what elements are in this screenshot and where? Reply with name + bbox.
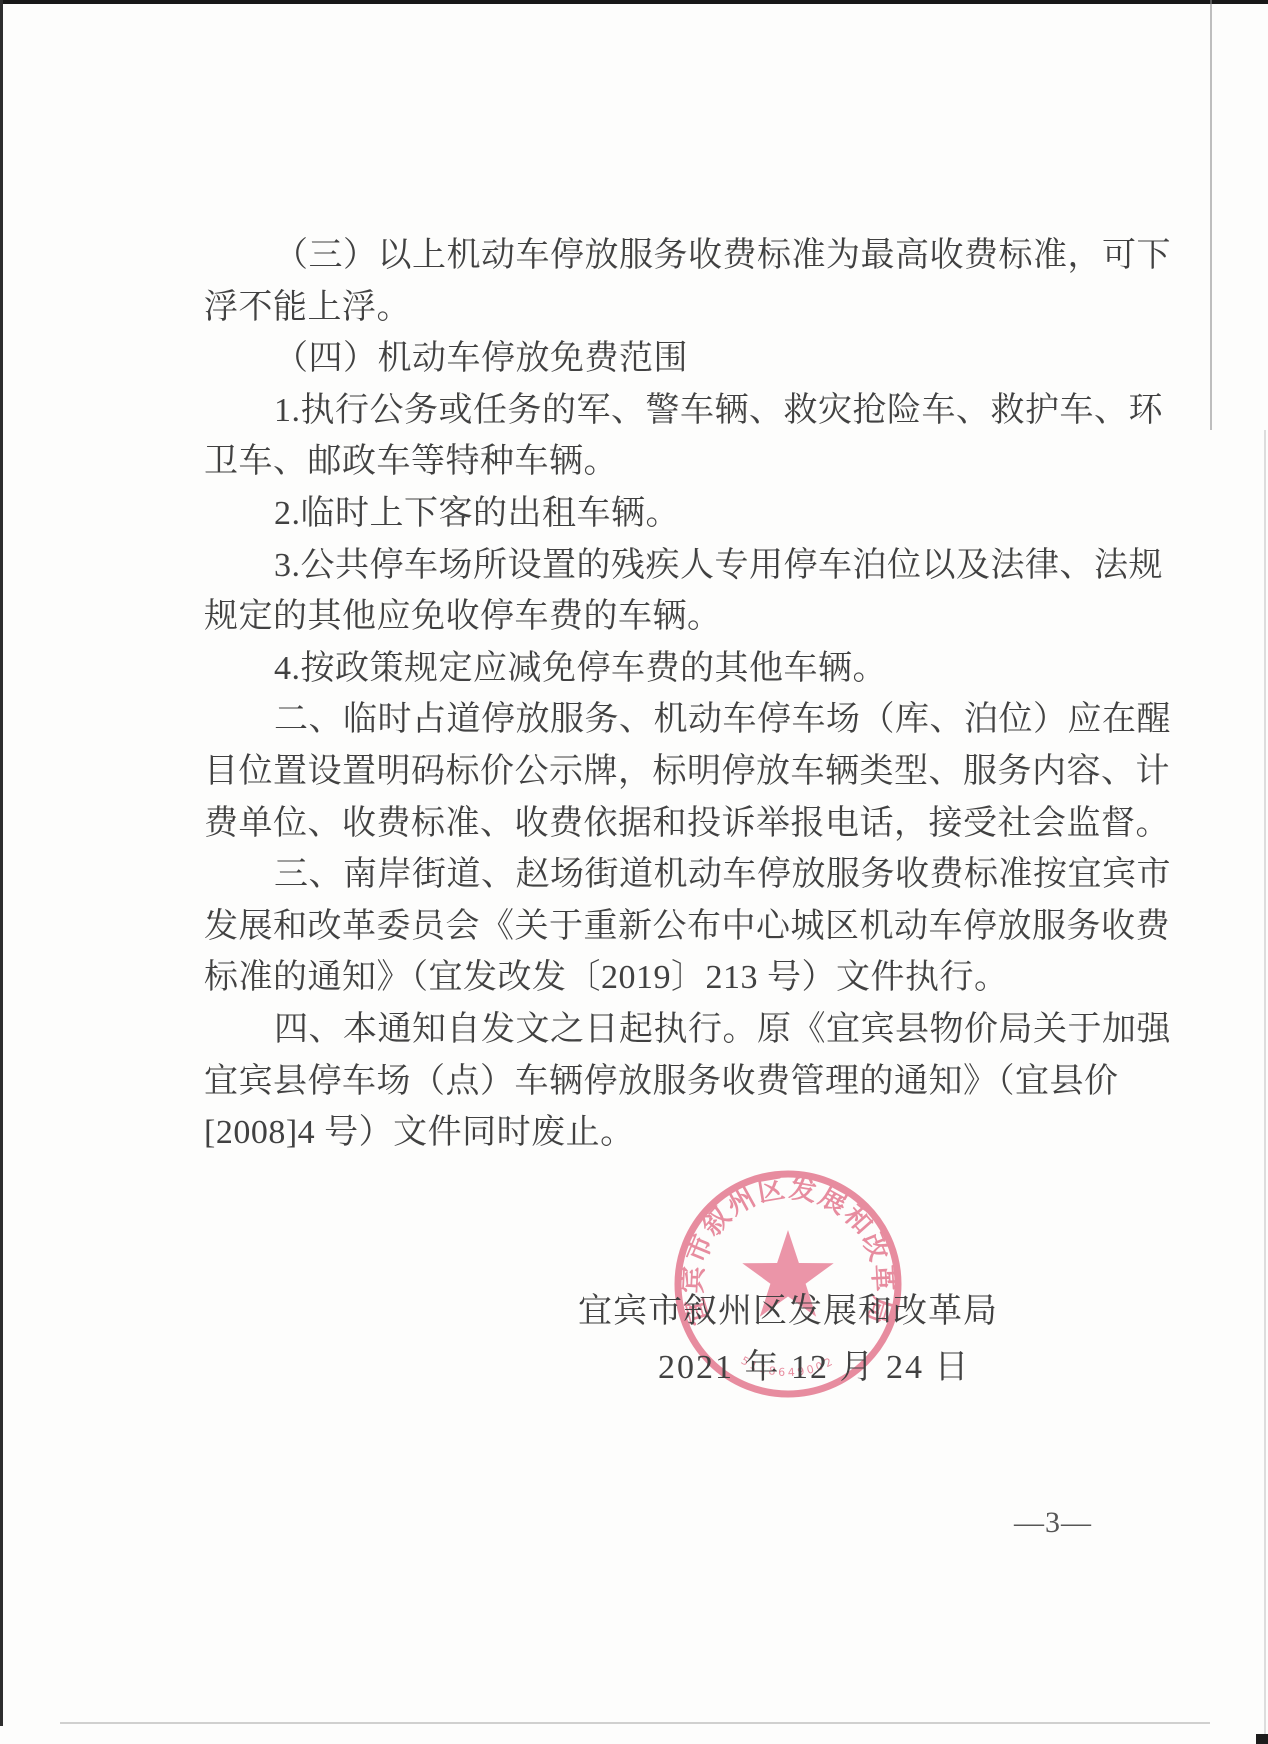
document-page: （三）以上机动车停放服务收费标准为最高收费标准，可下 浮不能上浮。 （四）机动车… — [0, 0, 1268, 1744]
body-line: 发展和改革委员会《关于重新公布中心城区机动车停放服务收费 — [204, 901, 1129, 953]
scan-edge-right-faint — [1264, 430, 1266, 1744]
body-line: 标准的通知》（宜发改发〔2019〕213 号）文件执行。 — [204, 952, 1129, 1004]
scan-edge-bottom — [60, 1722, 1210, 1724]
body-line: 二、临时占道停放服务、机动车停车场（库、泊位）应在醒 — [204, 694, 1129, 746]
body-line: 3.公共停车场所设置的残疾人专用停车泊位以及法律、法规 — [204, 540, 1129, 592]
body-line: 目位置设置明码标价公示牌，标明停放车辆类型、服务内容、计 — [204, 746, 1129, 798]
body-line: 宜宾县停车场（点）车辆停放服务收费管理的通知》（宜县价 — [204, 1056, 1129, 1108]
document-body: （三）以上机动车停放服务收费标准为最高收费标准，可下 浮不能上浮。 （四）机动车… — [204, 230, 1129, 1159]
scan-corner-mark — [1256, 1734, 1268, 1744]
body-line: 卫车、邮政车等特种车辆。 — [204, 436, 1129, 488]
scan-edge-top — [0, 0, 1268, 4]
body-line: [2008]4 号）文件同时废止。 — [204, 1107, 1129, 1159]
body-line: 1.执行公务或任务的军、警车辆、救灾抢险车、救护车、环 — [204, 385, 1129, 437]
body-line: 三、南岸街道、赵场街道机动车停放服务收费标准按宜宾市 — [204, 849, 1129, 901]
issuer-signature: 宜宾市叙州区发展和改革局 — [578, 1283, 998, 1332]
issue-date: 2021 年 12 月 24 日 — [658, 1339, 971, 1388]
body-line: 费单位、收费标准、收费依据和投诉举报电话，接受社会监督。 — [204, 798, 1129, 850]
page-number: —3— — [1014, 1506, 1092, 1540]
scan-edge-right — [1210, 0, 1212, 430]
body-line: 4.按政策规定应减免停车费的其他车辆。 — [204, 643, 1129, 695]
scan-edge-left — [0, 0, 3, 1726]
body-line: （三）以上机动车停放服务收费标准为最高收费标准，可下 — [204, 230, 1129, 282]
body-line: 浮不能上浮。 — [204, 282, 1129, 334]
body-line: 四、本通知自发文之日起执行。原《宜宾县物价局关于加强 — [204, 1004, 1129, 1056]
body-line: （四）机动车停放免费范围 — [204, 333, 1129, 385]
body-line: 2.临时上下客的出租车辆。 — [204, 488, 1129, 540]
body-line: 规定的其他应免收停车费的车辆。 — [204, 591, 1129, 643]
